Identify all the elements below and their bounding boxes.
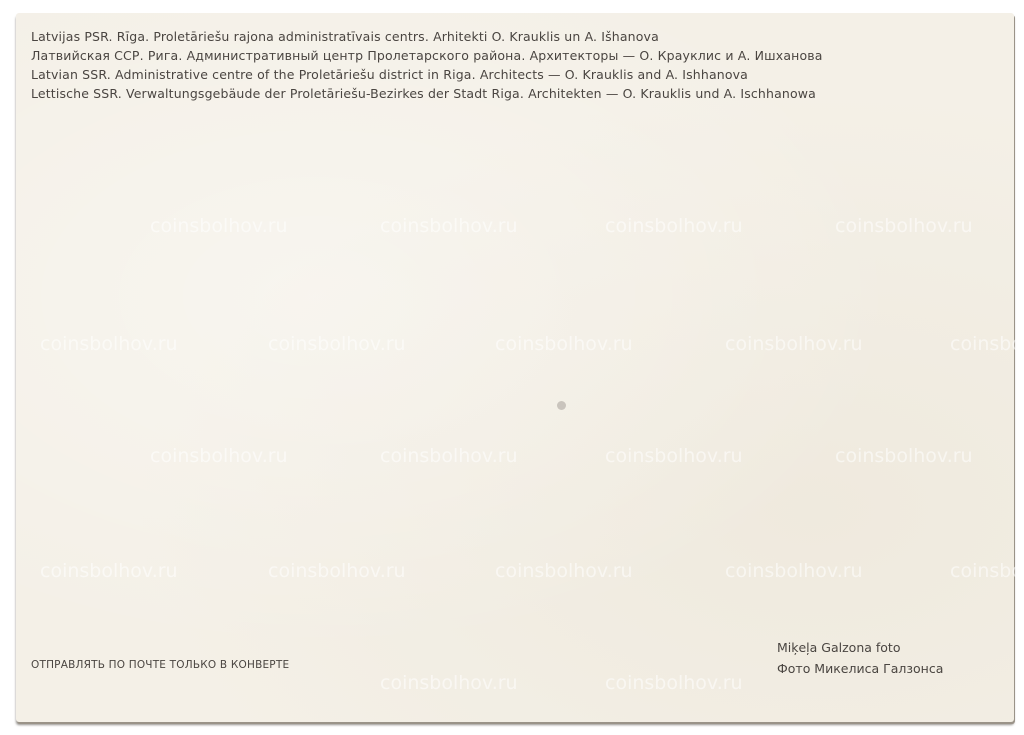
photo-credit-russian: Фото Микелиса Галзонса xyxy=(777,658,943,679)
caption-english: Latvian SSR. Administrative centre of th… xyxy=(31,65,823,84)
caption-block: Latvijas PSR. Rīga. Proletāriešu rajona … xyxy=(31,27,823,103)
caption-latvian: Latvijas PSR. Rīga. Proletāriešu rajona … xyxy=(31,27,823,46)
caption-german: Lettische SSR. Verwaltungsgebäude der Pr… xyxy=(31,84,823,103)
caption-russian: Латвийская ССР. Рига. Административный ц… xyxy=(31,46,823,65)
postcard-back xyxy=(16,13,1014,722)
paper-stain xyxy=(557,401,566,410)
mailing-notice: ОТПРАВЛЯТЬ ПО ПОЧТЕ ТОЛЬКО В КОНВЕРТЕ xyxy=(31,659,289,671)
photo-credit-latvian: Miķeļa Galzona foto xyxy=(777,637,943,658)
photo-credit: Miķeļa Galzona foto Фото Микелиса Галзон… xyxy=(777,637,943,679)
